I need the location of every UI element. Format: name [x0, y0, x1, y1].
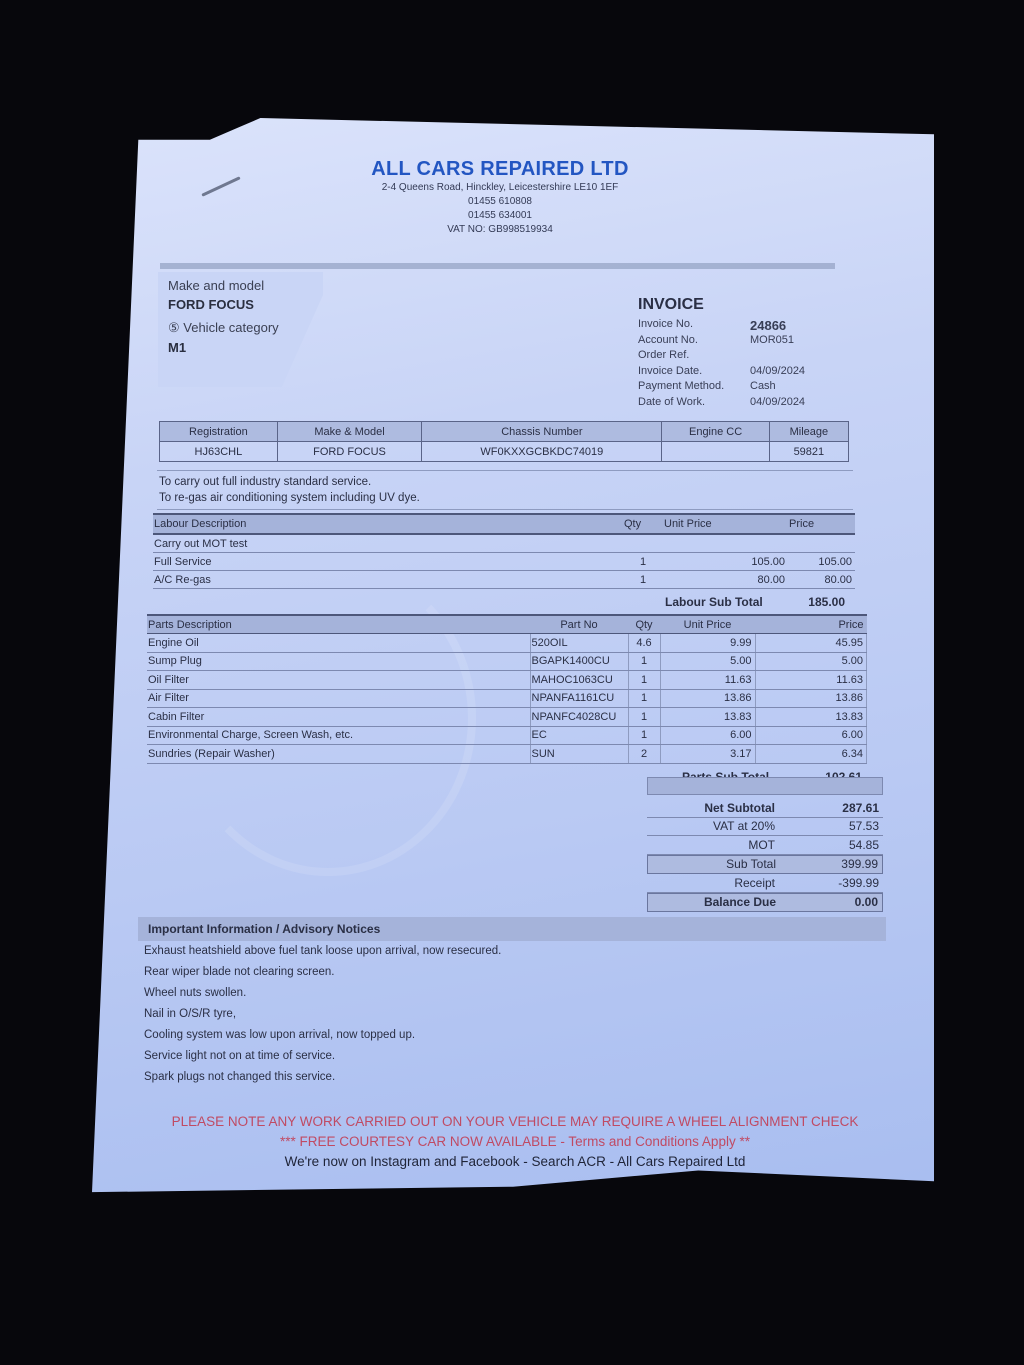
vehicle-value-row: HJ63CHLFORD FOCUSWF0KXXGCBKDC7401959821	[160, 442, 849, 462]
parts-cell: NPANFC4028CU	[530, 708, 628, 727]
parts-column-header: Price	[755, 615, 867, 634]
parts-cell: 2	[628, 745, 660, 764]
invoice-field-label: Account No.	[638, 334, 750, 350]
labour-subtotal-value: 185.00	[785, 595, 845, 609]
advisory-notices: Important Information / Advisory Notices…	[138, 917, 886, 1088]
vehicle-cell: WF0KXXGCBKDC74019	[422, 442, 662, 462]
company-header: ALL CARS REPAIRED LTD 2-4 Queens Road, H…	[330, 158, 670, 237]
labour-cell: Carry out MOT test	[153, 534, 623, 553]
labour-table: Labour DescriptionQtyUnit PricePrice Car…	[153, 513, 855, 589]
labour-cell: A/C Re-gas	[153, 571, 623, 589]
total-value: 57.53	[775, 819, 883, 833]
parts-cell: 520OIL	[530, 634, 628, 653]
parts-cell: Sump Plug	[147, 652, 530, 671]
parts-cell: 6.34	[755, 745, 867, 764]
instruction-line: To re-gas air conditioning system includ…	[157, 490, 853, 506]
labour-cell: Full Service	[153, 553, 623, 571]
vehicle-cell: 59821	[769, 442, 848, 462]
parts-cell: 3.17	[660, 745, 755, 764]
table-row: A/C Re-gas180.0080.00	[153, 571, 855, 589]
total-row: Sub Total399.99	[647, 855, 883, 875]
make-label: Make and model	[168, 278, 313, 293]
parts-cell: Oil Filter	[147, 671, 530, 690]
parts-column-header: Qty	[628, 615, 660, 634]
parts-cell: 1	[628, 689, 660, 708]
parts-cell: 13.83	[755, 708, 867, 727]
labour-cell	[788, 534, 855, 553]
total-label: Net Subtotal	[647, 801, 775, 815]
table-row: Oil FilterMAHOC1063CU111.6311.63	[147, 671, 867, 690]
invoice-field-value: Cash	[750, 380, 838, 396]
parts-cell: SUN	[530, 745, 628, 764]
footer-notices: PLEASE NOTE ANY WORK CARRIED OUT ON YOUR…	[150, 1112, 880, 1172]
advisory-item: Cooling system was low upon arrival, now…	[138, 1025, 886, 1046]
labour-cell	[623, 534, 663, 553]
invoice-field-row: Invoice Date.04/09/2024	[638, 365, 838, 381]
make-value: FORD FOCUS	[168, 297, 313, 312]
parts-cell: 13.83	[660, 708, 755, 727]
parts-cell: 45.95	[755, 634, 867, 653]
invoice-field-label: Order Ref.	[638, 349, 750, 365]
labour-header-row: Labour DescriptionQtyUnit PricePrice	[153, 514, 855, 534]
total-label: MOT	[647, 838, 775, 852]
labour-column-header: Unit Price	[663, 514, 788, 534]
advisory-item: Rear wiper blade not clearing screen.	[138, 962, 886, 983]
parts-header-row: Parts DescriptionPart NoQtyUnit PricePri…	[147, 615, 867, 634]
parts-cell: 5.00	[755, 652, 867, 671]
labour-cell: 1	[623, 571, 663, 589]
parts-cell: Air Filter	[147, 689, 530, 708]
company-address: 2-4 Queens Road, Hinckley, Leicestershir…	[330, 181, 670, 195]
parts-cell: 1	[628, 708, 660, 727]
vehicle-column-header: Chassis Number	[422, 422, 662, 442]
parts-cell: Sundries (Repair Washer)	[147, 745, 530, 764]
invoice-field-label: Payment Method.	[638, 380, 750, 396]
table-row: Carry out MOT test	[153, 534, 855, 553]
parts-section: Parts DescriptionPart NoQtyUnit PricePri…	[147, 614, 867, 784]
advisory-item: Nail in O/S/R tyre,	[138, 1004, 886, 1025]
invoice-field-value: 04/09/2024	[750, 396, 838, 412]
company-phone-2: 01455 634001	[330, 209, 670, 223]
vehicle-cell	[662, 442, 769, 462]
parts-cell: 13.86	[755, 689, 867, 708]
total-value: -399.99	[775, 876, 883, 890]
invoice-field-value: 04/09/2024	[750, 365, 838, 381]
advisory-item: Exhaust heatshield above fuel tank loose…	[138, 941, 886, 962]
table-row: Sump PlugBGAPK1400CU15.005.00	[147, 652, 867, 671]
parts-cell: 5.00	[660, 652, 755, 671]
invoice-field-row: Date of Work.04/09/2024	[638, 396, 838, 412]
category-value: M1	[168, 340, 313, 355]
total-value: 54.85	[775, 838, 883, 852]
labour-section: Labour DescriptionQtyUnit PricePrice Car…	[153, 513, 855, 609]
vehicle-column-header: Registration	[160, 422, 278, 442]
parts-cell: Engine Oil	[147, 634, 530, 653]
labour-column-header: Labour Description	[153, 514, 623, 534]
labour-cell: 105.00	[788, 553, 855, 571]
invoice-field-value: 24866	[750, 318, 838, 334]
table-row: Full Service1105.00105.00	[153, 553, 855, 571]
labour-cell: 80.00	[788, 571, 855, 589]
totals-header-bar	[647, 777, 883, 795]
total-row: Net Subtotal287.61	[647, 799, 883, 818]
table-row: Engine Oil520OIL4.69.9945.95	[147, 634, 867, 653]
labour-column-header: Qty	[623, 514, 663, 534]
table-row: Sundries (Repair Washer)SUN23.176.34	[147, 745, 867, 764]
total-row: VAT at 20%57.53	[647, 818, 883, 837]
vehicle-table: RegistrationMake & ModelChassis NumberEn…	[159, 421, 849, 462]
invoice-field-value: MOR051	[750, 334, 838, 350]
parts-cell: 6.00	[660, 726, 755, 745]
parts-cell: 4.6	[628, 634, 660, 653]
vehicle-cell: FORD FOCUS	[277, 442, 422, 462]
invoice-field-label: Invoice No.	[638, 318, 750, 334]
total-row: MOT54.85	[647, 836, 883, 855]
parts-cell: EC	[530, 726, 628, 745]
total-label: Sub Total	[648, 857, 776, 871]
table-row: Air FilterNPANFA1161CU113.8613.86	[147, 689, 867, 708]
parts-column-header: Unit Price	[660, 615, 755, 634]
parts-cell: Environmental Charge, Screen Wash, etc.	[147, 726, 530, 745]
advisory-item: Spark plugs not changed this service.	[138, 1067, 886, 1088]
totals-panel: Net Subtotal287.61VAT at 20%57.53MOT54.8…	[647, 777, 883, 912]
vehicle-column-header: Make & Model	[277, 422, 422, 442]
work-instructions: To carry out full industry standard serv…	[157, 470, 853, 510]
invoice-title: INVOICE	[638, 296, 838, 314]
labour-subtotal: Labour Sub Total 185.00	[665, 595, 855, 609]
courtesy-car-notice: *** FREE COURTESY CAR NOW AVAILABLE - Te…	[150, 1132, 880, 1152]
parts-cell: 6.00	[755, 726, 867, 745]
parts-cell: 11.63	[755, 671, 867, 690]
advisory-item: Service light not on at time of service.	[138, 1046, 886, 1067]
parts-cell: BGAPK1400CU	[530, 652, 628, 671]
total-row: Balance Due0.00	[647, 893, 883, 913]
company-phone-1: 01455 610808	[330, 195, 670, 209]
parts-cell: 9.99	[660, 634, 755, 653]
labour-subtotal-label: Labour Sub Total	[665, 595, 785, 609]
company-name: ALL CARS REPAIRED LTD	[330, 158, 670, 181]
parts-cell: 1	[628, 726, 660, 745]
invoice-field-row: Account No.MOR051	[638, 334, 838, 350]
instruction-line: To carry out full industry standard serv…	[157, 474, 853, 490]
advisory-title: Important Information / Advisory Notices	[138, 917, 886, 941]
total-label: Balance Due	[648, 895, 776, 909]
total-value: 287.61	[775, 801, 883, 815]
parts-cell: Cabin Filter	[147, 708, 530, 727]
wheel-alignment-notice: PLEASE NOTE ANY WORK CARRIED OUT ON YOUR…	[150, 1112, 880, 1132]
total-row: Receipt-399.99	[647, 874, 883, 893]
parts-cell: 1	[628, 652, 660, 671]
invoice-field-row: Invoice No.24866	[638, 318, 838, 334]
parts-table: Parts DescriptionPart NoQtyUnit PricePri…	[147, 614, 867, 764]
invoice-field-row: Order Ref.	[638, 349, 838, 365]
labour-cell: 105.00	[663, 553, 788, 571]
labour-cell: 80.00	[663, 571, 788, 589]
parts-cell: 11.63	[660, 671, 755, 690]
total-label: Receipt	[647, 876, 775, 890]
parts-cell: NPANFA1161CU	[530, 689, 628, 708]
invoice-field-label: Date of Work.	[638, 396, 750, 412]
company-vat: VAT NO: GB998519934	[330, 223, 670, 237]
invoice-details: INVOICE Invoice No.24866Account No.MOR05…	[638, 296, 838, 411]
vehicle-cell: HJ63CHL	[160, 442, 278, 462]
labour-cell: 1	[623, 553, 663, 571]
vehicle-column-header: Engine CC	[662, 422, 769, 442]
social-media-notice: We're now on Instagram and Facebook - Se…	[150, 1152, 880, 1172]
header-divider	[160, 263, 835, 269]
parts-cell: 13.86	[660, 689, 755, 708]
parts-cell: 1	[628, 671, 660, 690]
advisory-item: Wheel nuts swollen.	[138, 983, 886, 1004]
parts-column-header: Part No	[530, 615, 628, 634]
labour-column-header: Price	[788, 514, 855, 534]
table-row: Environmental Charge, Screen Wash, etc.E…	[147, 726, 867, 745]
total-label: VAT at 20%	[647, 819, 775, 833]
total-value: 0.00	[776, 895, 882, 909]
labour-cell	[663, 534, 788, 553]
invoice-field-row: Payment Method.Cash	[638, 380, 838, 396]
category-label: ⑤ Vehicle category	[168, 320, 313, 336]
vehicle-header-row: RegistrationMake & ModelChassis NumberEn…	[160, 422, 849, 442]
vehicle-column-header: Mileage	[769, 422, 848, 442]
invoice-field-label: Invoice Date.	[638, 365, 750, 381]
parts-cell: MAHOC1063CU	[530, 671, 628, 690]
total-value: 399.99	[776, 857, 882, 871]
parts-column-header: Parts Description	[147, 615, 530, 634]
invoice-field-value	[750, 349, 838, 365]
table-row: Cabin FilterNPANFC4028CU113.8313.83	[147, 708, 867, 727]
